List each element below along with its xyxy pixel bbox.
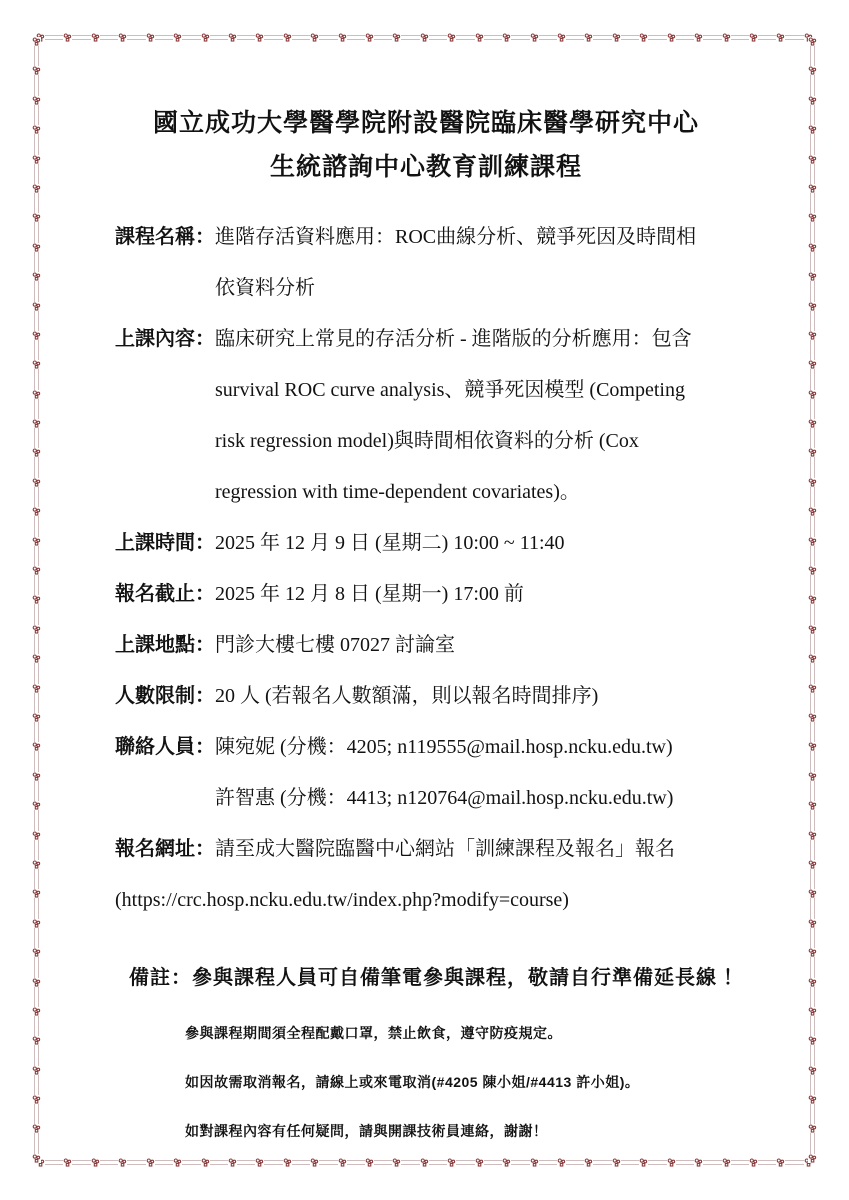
body-line: 上課時間：2025 年 12 月 9 日 (星期二) 10:00 ~ 11:40 <box>115 518 737 569</box>
three-ring-cluster-icon <box>283 1158 292 1167</box>
three-ring-cluster-icon <box>808 1007 817 1016</box>
field-label: 報名網址： <box>115 838 215 860</box>
page-title: 國立成功大學醫學院附設醫院臨床醫學研究中心 生統諮詢中心教育訓練課程 <box>115 102 737 190</box>
three-ring-cluster-icon <box>32 1036 41 1045</box>
note-item: 如因故需取消報名，請線上或來電取消(#4205 陳小姐/#4413 許小姐)。 <box>185 1072 737 1092</box>
note-headline: 備註：參與課程人員可自備筆電參與課程，敬請自行準備延長線 ！ <box>129 962 737 994</box>
three-ring-cluster-icon <box>91 33 100 42</box>
three-ring-cluster-icon <box>310 1158 319 1167</box>
three-ring-cluster-icon <box>32 948 41 957</box>
body-line: 上課地點：門診大樓七樓 07027 討論室 <box>115 620 737 671</box>
three-ring-cluster-icon <box>255 33 264 42</box>
three-ring-cluster-icon <box>694 1158 703 1167</box>
three-ring-cluster-icon <box>808 772 817 781</box>
three-ring-cluster-icon <box>32 742 41 751</box>
three-ring-cluster-icon <box>808 155 817 164</box>
three-ring-cluster-icon <box>118 1158 127 1167</box>
field-label: 上課時間： <box>115 532 215 554</box>
three-ring-cluster-icon <box>530 1158 539 1167</box>
three-ring-cluster-icon <box>808 1036 817 1045</box>
three-ring-cluster-icon <box>502 1158 511 1167</box>
field-text: 門診大樓七樓 07027 討論室 <box>215 634 455 656</box>
three-ring-cluster-icon <box>808 595 817 604</box>
three-ring-cluster-icon <box>530 33 539 42</box>
three-ring-cluster-icon <box>808 860 817 869</box>
three-ring-cluster-icon <box>808 1095 817 1104</box>
body-line: 依資料分析 <box>115 263 737 314</box>
three-ring-cluster-icon <box>32 331 41 340</box>
three-ring-cluster-icon <box>808 978 817 987</box>
body-line: 課程名稱：進階存活資料應用：ROC曲線分析、競爭死因及時間相 <box>115 212 737 263</box>
three-ring-cluster-icon <box>808 96 817 105</box>
three-ring-cluster-icon <box>808 243 817 252</box>
field-text: 依資料分析 <box>215 277 315 299</box>
note-headline-text: 參與課程人員可自備筆電參與課程，敬請自行準備延長線 ！ <box>192 967 744 989</box>
three-ring-cluster-icon <box>32 448 41 457</box>
three-ring-cluster-icon <box>173 1158 182 1167</box>
note-item: 參與課程期間須全程配戴口罩，禁止飲食，遵守防疫規定。 <box>185 1023 737 1043</box>
three-ring-cluster-icon <box>808 507 817 516</box>
three-ring-cluster-icon <box>228 1158 237 1167</box>
three-ring-cluster-icon <box>808 331 817 340</box>
three-ring-cluster-icon <box>32 772 41 781</box>
three-ring-cluster-icon <box>584 1158 593 1167</box>
three-ring-cluster-icon <box>63 1158 72 1167</box>
three-ring-cluster-icon <box>338 1158 347 1167</box>
three-ring-cluster-icon <box>749 33 758 42</box>
three-ring-cluster-icon <box>32 302 41 311</box>
three-ring-cluster-icon <box>63 33 72 42</box>
three-ring-cluster-icon <box>32 37 41 46</box>
three-ring-cluster-icon <box>639 33 648 42</box>
note-colon: ： <box>171 967 192 989</box>
three-ring-cluster-icon <box>173 33 182 42</box>
three-ring-cluster-icon <box>447 1158 456 1167</box>
three-ring-cluster-icon <box>808 302 817 311</box>
body-line: 報名截止：2025 年 12 月 8 日 (星期一) 17:00 前 <box>115 569 737 620</box>
three-ring-cluster-icon <box>32 507 41 516</box>
three-ring-cluster-icon <box>420 33 429 42</box>
three-ring-cluster-icon <box>667 1158 676 1167</box>
field-text: regression with time-dependent covariate… <box>215 481 580 503</box>
body-line: 聯絡人員：陳宛妮 (分機：4205; n119555@mail.hosp.nck… <box>115 722 737 773</box>
three-ring-cluster-icon <box>722 1158 731 1167</box>
three-ring-cluster-icon <box>475 1158 484 1167</box>
field-text: risk regression model)與時間相依資料的分析 (Cox <box>215 430 639 452</box>
field-text: 20 人 (若報名人數額滿，則以報名時間排序) <box>215 685 598 707</box>
three-ring-cluster-icon <box>32 1095 41 1104</box>
three-ring-cluster-icon <box>118 33 127 42</box>
three-ring-cluster-icon <box>808 66 817 75</box>
note-items: 參與課程期間須全程配戴口罩，禁止飲食，遵守防疫規定。如因故需取消報名，請線上或來… <box>115 1023 737 1141</box>
three-ring-cluster-icon <box>808 919 817 928</box>
three-ring-cluster-icon <box>32 831 41 840</box>
body-line: 許智惠 (分機：4413; n120764@mail.hosp.ncku.edu… <box>115 773 737 824</box>
field-text: 2025 年 12 月 9 日 (星期二) 10:00 ~ 11:40 <box>215 532 565 554</box>
three-ring-cluster-icon <box>32 1007 41 1016</box>
three-ring-cluster-icon <box>639 1158 648 1167</box>
three-ring-cluster-icon <box>392 1158 401 1167</box>
three-ring-cluster-icon <box>310 33 319 42</box>
body-line: (https://crc.hosp.ncku.edu.tw/index.php?… <box>115 875 737 926</box>
three-ring-cluster-icon <box>667 33 676 42</box>
three-ring-cluster-icon <box>808 125 817 134</box>
three-ring-cluster-icon <box>32 801 41 810</box>
three-ring-cluster-icon <box>557 33 566 42</box>
three-ring-cluster-icon <box>808 1124 817 1133</box>
three-ring-cluster-icon <box>808 37 817 46</box>
title-line-2: 生統諮詢中心教育訓練課程 <box>270 154 582 181</box>
three-ring-cluster-icon <box>32 360 41 369</box>
three-ring-cluster-icon <box>612 1158 621 1167</box>
three-ring-cluster-icon <box>808 213 817 222</box>
three-ring-cluster-icon <box>808 684 817 693</box>
three-ring-cluster-icon <box>32 919 41 928</box>
three-ring-cluster-icon <box>808 184 817 193</box>
three-ring-cluster-icon <box>32 272 41 281</box>
three-ring-cluster-icon <box>32 213 41 222</box>
body-line: 報名網址：請至成大醫院臨醫中心網站「訓練課程及報名」報名 <box>115 824 737 875</box>
field-text: 陳宛妮 (分機：4205; n119555@mail.hosp.ncku.edu… <box>215 736 673 758</box>
three-ring-cluster-icon <box>420 1158 429 1167</box>
field-text: 進階存活資料應用：ROC曲線分析、競爭死因及時間相 <box>215 226 696 248</box>
three-ring-cluster-icon <box>694 33 703 42</box>
three-ring-cluster-icon <box>808 801 817 810</box>
three-ring-cluster-icon <box>808 1154 817 1163</box>
three-ring-cluster-icon <box>32 537 41 546</box>
three-ring-cluster-icon <box>808 742 817 751</box>
three-ring-cluster-icon <box>808 625 817 634</box>
three-ring-cluster-icon <box>32 595 41 604</box>
three-ring-cluster-icon <box>808 272 817 281</box>
border-bottom <box>36 1157 813 1168</box>
three-ring-cluster-icon <box>32 1124 41 1133</box>
three-ring-cluster-icon <box>32 978 41 987</box>
three-ring-cluster-icon <box>557 1158 566 1167</box>
field-label: 上課地點： <box>115 634 215 656</box>
three-ring-cluster-icon <box>32 654 41 663</box>
three-ring-cluster-icon <box>808 566 817 575</box>
three-ring-cluster-icon <box>201 33 210 42</box>
body-line: 人數限制：20 人 (若報名人數額滿，則以報名時間排序) <box>115 671 737 722</box>
three-ring-cluster-icon <box>201 1158 210 1167</box>
body-line: risk regression model)與時間相依資料的分析 (Cox <box>115 416 737 467</box>
three-ring-cluster-icon <box>392 33 401 42</box>
three-ring-cluster-icon <box>776 33 785 42</box>
three-ring-cluster-icon <box>32 184 41 193</box>
three-ring-cluster-icon <box>146 1158 155 1167</box>
three-ring-cluster-icon <box>91 1158 100 1167</box>
three-ring-cluster-icon <box>32 419 41 428</box>
three-ring-cluster-icon <box>447 33 456 42</box>
three-ring-cluster-icon <box>776 1158 785 1167</box>
three-ring-cluster-icon <box>584 33 593 42</box>
three-ring-cluster-icon <box>808 390 817 399</box>
three-ring-cluster-icon <box>502 33 511 42</box>
body-line: survival ROC curve analysis、競爭死因模型 (Comp… <box>115 365 737 416</box>
document-page: 國立成功大學醫學院附設醫院臨床醫學研究中心 生統諮詢中心教育訓練課程 課程名稱：… <box>0 0 849 1200</box>
three-ring-cluster-icon <box>32 625 41 634</box>
three-ring-cluster-icon <box>228 33 237 42</box>
border-left <box>31 37 42 1163</box>
field-text: 臨床研究上常見的存活分析 - 進階版的分析應用：包含 <box>215 328 692 350</box>
field-text: 請至成大醫院臨醫中心網站「訓練課程及報名」報名 <box>215 838 675 860</box>
three-ring-cluster-icon <box>808 831 817 840</box>
three-ring-cluster-icon <box>808 654 817 663</box>
three-ring-cluster-icon <box>32 1154 41 1163</box>
notes: 備註：參與課程人員可自備筆電參與課程，敬請自行準備延長線 ！ 參與課程期間須全程… <box>115 962 737 1141</box>
field-label: 聯絡人員： <box>115 736 215 758</box>
field-text: (https://crc.hosp.ncku.edu.tw/index.php?… <box>115 889 569 911</box>
three-ring-cluster-icon <box>255 1158 264 1167</box>
three-ring-cluster-icon <box>32 390 41 399</box>
three-ring-cluster-icon <box>808 889 817 898</box>
three-ring-cluster-icon <box>32 66 41 75</box>
three-ring-cluster-icon <box>32 684 41 693</box>
three-ring-cluster-icon <box>808 419 817 428</box>
three-ring-cluster-icon <box>808 360 817 369</box>
three-ring-cluster-icon <box>32 566 41 575</box>
three-ring-cluster-icon <box>32 96 41 105</box>
three-ring-cluster-icon <box>808 713 817 722</box>
three-ring-cluster-icon <box>32 860 41 869</box>
three-ring-cluster-icon <box>365 1158 374 1167</box>
three-ring-cluster-icon <box>612 33 621 42</box>
three-ring-cluster-icon <box>32 243 41 252</box>
field-label: 報名截止： <box>115 583 215 605</box>
field-text: survival ROC curve analysis、競爭死因模型 (Comp… <box>215 379 685 401</box>
body-line: 上課內容：臨床研究上常見的存活分析 - 進階版的分析應用：包含 <box>115 314 737 365</box>
three-ring-cluster-icon <box>32 155 41 164</box>
three-ring-cluster-icon <box>32 478 41 487</box>
document-content: 國立成功大學醫學院附設醫院臨床醫學研究中心 生統諮詢中心教育訓練課程 課程名稱：… <box>115 102 737 1141</box>
three-ring-cluster-icon <box>146 33 155 42</box>
field-label: 上課內容： <box>115 328 215 350</box>
three-ring-cluster-icon <box>808 1066 817 1075</box>
three-ring-cluster-icon <box>808 478 817 487</box>
field-label: 課程名稱： <box>115 226 215 248</box>
title-line-1: 國立成功大學醫學院附設醫院臨床醫學研究中心 <box>153 110 699 137</box>
body-line: regression with time-dependent covariate… <box>115 467 737 518</box>
three-ring-cluster-icon <box>808 448 817 457</box>
three-ring-cluster-icon <box>338 33 347 42</box>
three-ring-cluster-icon <box>365 33 374 42</box>
three-ring-cluster-icon <box>722 33 731 42</box>
three-ring-cluster-icon <box>475 33 484 42</box>
three-ring-cluster-icon <box>32 889 41 898</box>
field-text: 2025 年 12 月 8 日 (星期一) 17:00 前 <box>215 583 524 605</box>
three-ring-cluster-icon <box>32 125 41 134</box>
border-right <box>807 37 818 1163</box>
three-ring-cluster-icon <box>32 1066 41 1075</box>
body-lines: 課程名稱：進階存活資料應用：ROC曲線分析、競爭死因及時間相依資料分析上課內容：… <box>115 212 737 926</box>
three-ring-cluster-icon <box>808 948 817 957</box>
three-ring-cluster-icon <box>749 1158 758 1167</box>
note-label: 備註 <box>129 967 171 989</box>
border-top <box>36 32 813 43</box>
three-ring-cluster-icon <box>808 537 817 546</box>
field-text: 許智惠 (分機：4413; n120764@mail.hosp.ncku.edu… <box>215 787 673 809</box>
three-ring-cluster-icon <box>283 33 292 42</box>
field-label: 人數限制： <box>115 685 215 707</box>
note-item: 如對課程內容有任何疑問，請與開課技術員連絡，謝謝！ <box>185 1121 737 1141</box>
three-ring-cluster-icon <box>32 713 41 722</box>
